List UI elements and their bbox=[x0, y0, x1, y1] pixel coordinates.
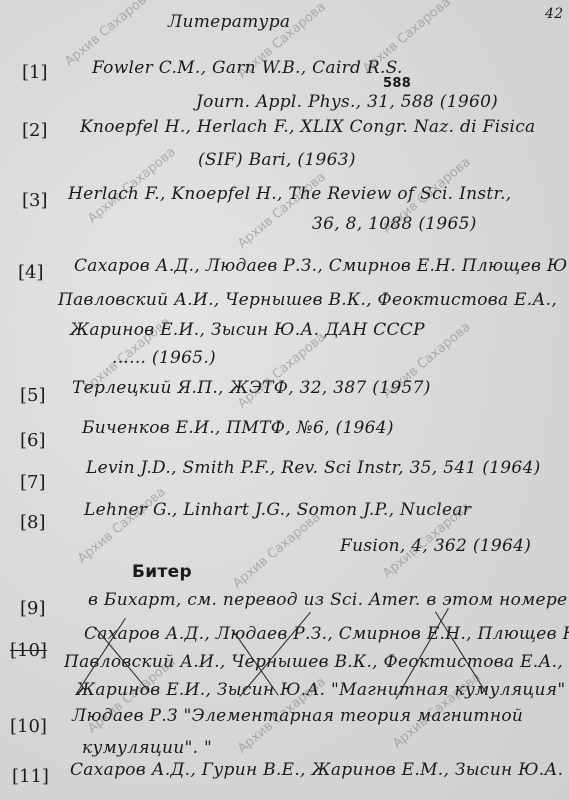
reference-label: [9] bbox=[20, 598, 46, 619]
reference-line: кумуляции". " bbox=[82, 738, 212, 758]
reference-line: Жаринов Е.И., Зысин Ю.А. ДАН СССР bbox=[70, 320, 425, 340]
reference-label: [3] bbox=[22, 190, 48, 211]
reference-label: [11] bbox=[12, 766, 49, 787]
reference-line: Биченков Е.И., ПМТФ, №6, (1964) bbox=[82, 418, 394, 438]
reference-line: в Бихарт, см. перевод из Sci. Amer. в эт… bbox=[88, 590, 567, 610]
correction-replacement: 588 bbox=[383, 76, 411, 91]
reference-line: Людаев Р.З "Элементарная теория магнитно… bbox=[72, 706, 523, 726]
reference-line: Herlach F., Knoepfel H., The Review of S… bbox=[68, 184, 511, 204]
reference-label: [6] bbox=[20, 430, 46, 451]
reference-line: Levin J.D., Smith P.F., Rev. Sci Instr, … bbox=[86, 458, 541, 478]
reference-line-struck: Сахаров А.Д., Людаев Р.З., Смирнов Е.Н.,… bbox=[84, 624, 569, 644]
document-page: Архив Сахарова Архив Сахарова Архив Саха… bbox=[0, 0, 569, 800]
reference-label: [5] bbox=[20, 385, 46, 406]
reference-label: [4] bbox=[18, 262, 44, 283]
reference-label-struck: [10] bbox=[10, 640, 47, 661]
reference-label: [7] bbox=[20, 472, 46, 493]
reference-label: [10] bbox=[10, 716, 47, 737]
reference-line: Сахаров А.Д., Гурин В.Е., Жаринов Е.М., … bbox=[70, 760, 563, 780]
reference-line: 36, 8, 1088 (1965) bbox=[312, 214, 477, 234]
reference-line: Fusion, 4, 362 (1964) bbox=[340, 536, 531, 556]
watermark: Архив Сахарова bbox=[235, 170, 329, 252]
reference-line: (SIF) Bari, (1963) bbox=[198, 150, 356, 170]
reference-line: Fowler C.M., Garn W.B., Caird R.S. bbox=[92, 58, 403, 78]
reference-label: [1] bbox=[22, 62, 48, 83]
reference-line: Павловский А.И., Чернышев В.К., Феоктист… bbox=[58, 290, 557, 310]
reference-line: Сахаров А.Д., Людаев Р.З., Смирнов Е.Н. … bbox=[74, 256, 569, 276]
insertion-note: Битер bbox=[132, 562, 192, 582]
page-title: Литература bbox=[168, 12, 290, 32]
watermark: Архив Сахарова bbox=[230, 510, 324, 592]
reference-line: Journ. Appl. Phys., 31, 588 (1960) bbox=[196, 92, 498, 112]
watermark: Архив Сахарова bbox=[75, 485, 169, 567]
watermark: Архив Сахарова bbox=[235, 330, 329, 412]
reference-line-struck: Жаринов Е.И., Зысин Ю.А. "Магнитная куму… bbox=[76, 680, 565, 700]
reference-label: [2] bbox=[22, 120, 48, 141]
reference-line: Knoepfel H., Herlach F., XLIX Congr. Naz… bbox=[80, 117, 535, 137]
reference-line-struck: Павловский А.И., Чернышев В.К., Феоктист… bbox=[64, 652, 563, 672]
page-number: 42 bbox=[545, 6, 563, 22]
reference-label: [8] bbox=[20, 512, 46, 533]
reference-line: ...... (1965.) bbox=[112, 348, 216, 368]
reference-line: Терлецкий Я.П., ЖЭТФ, 32, 387 (1957) bbox=[72, 378, 431, 398]
reference-line: Lehner G., Linhart J.G., Somon J.P., Nuc… bbox=[84, 500, 471, 520]
